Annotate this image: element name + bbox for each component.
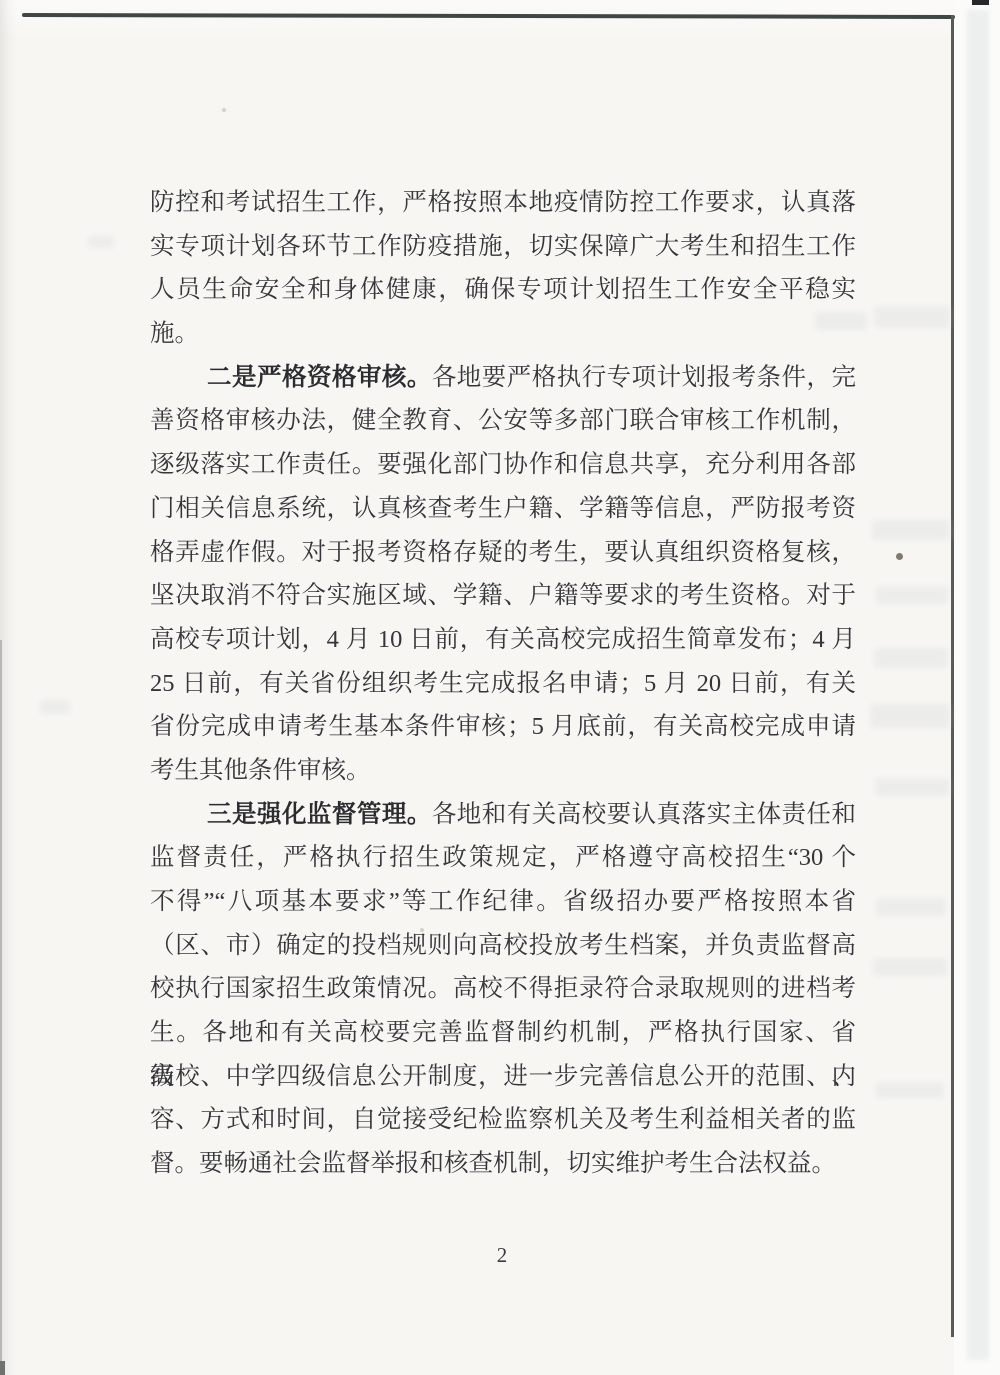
text-run: 坚决取消不符合实施区域、学籍、户籍等要求的考生资格。对于 — [150, 582, 856, 609]
text-run: 施。 — [150, 320, 199, 347]
bleed-through-mark — [872, 520, 950, 540]
bleed-through-mark — [873, 958, 947, 976]
bleed-through-mark — [875, 778, 949, 796]
text-run: 人员生命安全和身体健康，确保专项计划招生工作安全平稳实 — [150, 276, 856, 303]
text-line: 容、方式和时间，自觉接受纪检监察机关及考生利益相关者的监 — [150, 1098, 856, 1142]
text-run: 高校专项计划，4 月 10 日前，有关高校完成招生简章发布；4 月 — [150, 626, 856, 653]
text-run: 省份完成申请考生基本条件审核；5 月底前，有关高校完成申请 — [150, 713, 856, 740]
text-run: 各地和有关高校要认真落实主体责任和 — [432, 801, 856, 828]
text-line: 25 日前，有关省份组织考生完成报名申请；5 月 20 日前，有关 — [150, 662, 856, 706]
text-run: 善资格审核办法，健全教育、公安等多部门联合审核工作机制， — [150, 407, 856, 434]
text-run: 25 日前，有关省份组织考生完成报名申请；5 月 20 日前，有关 — [150, 670, 856, 697]
text-line: 格弄虚作假。对于报考资格存疑的考生，要认真组织资格复核， — [150, 531, 856, 575]
text-run: 高校、中学四级信息公开制度，进一步完善信息公开的范围、内 — [150, 1063, 856, 1090]
text-line: 防控和考试招生工作，严格按照本地疫情防控工作要求，认真落 — [150, 181, 856, 225]
text-line: 坚决取消不符合实施区域、学籍、户籍等要求的考生资格。对于 — [150, 574, 856, 618]
text-run: 校执行国家招生政策情况。高校不得拒录符合录取规则的进档考 — [150, 975, 856, 1002]
bleed-through-mark — [874, 306, 950, 328]
text-run: 容、方式和时间，自觉接受纪检监察机关及考生利益相关者的监 — [150, 1106, 856, 1133]
text-line: 高校专项计划，4 月 10 日前，有关高校完成招生简章发布；4 月 — [150, 618, 856, 662]
bleed-through-mark — [870, 704, 950, 728]
scan-speck — [222, 108, 226, 112]
text-run: 逐级落实工作责任。要强化部门协作和信息共享，充分利用各部 — [150, 451, 856, 478]
text-line: 督。要畅通社会监督举报和核查机制，切实维护考生合法权益。 — [150, 1142, 856, 1186]
text-run: 格弄虚作假。对于报考资格存疑的考生，要认真组织资格复核， — [150, 539, 856, 566]
text-line: （区、市）确定的投档规则向高校投放考生档案，并负责监督高 — [150, 924, 856, 968]
text-line: 不得”“八项基本要求”等工作纪律。省级招办要严格按照本省 — [150, 880, 856, 924]
page-top-border — [22, 13, 955, 19]
text-run: （区、市）确定的投档规则向高校投放考生档案，并负责监督高 — [150, 932, 856, 959]
text-line: 善资格审核办法，健全教育、公安等多部门联合审核工作机制， — [150, 399, 856, 443]
bleed-through-mark — [88, 236, 114, 248]
text-run: 实专项计划各环节工作防疫措施，切实保障广大考生和招生工作 — [150, 233, 856, 260]
scan-artifact-top-right — [972, 0, 989, 5]
paragraph-lead: 三是强化监督管理。 — [207, 801, 432, 828]
bleed-through-mark — [876, 1082, 944, 1098]
bleed-through-mark — [40, 700, 70, 714]
text-run: 督。要畅通社会监督举报和核查机制，切实维护考生合法权益。 — [150, 1150, 836, 1177]
text-line: 考生其他条件审核。 — [150, 749, 856, 793]
text-run: 不得”“八项基本要求”等工作纪律。省级招办要严格按照本省 — [150, 888, 856, 915]
text-line: 高校、中学四级信息公开制度，进一步完善信息公开的范围、内 — [150, 1055, 856, 1099]
text-line: 生。各地和有关高校要完善监督制约机制，严格执行国家、省级、 — [150, 1011, 856, 1055]
text-run: 各地要严格执行专项计划报考条件，完 — [432, 364, 856, 391]
text-run: 考生其他条件审核。 — [150, 757, 371, 784]
text-line: 施。 — [150, 312, 856, 356]
text-line: 三是强化监督管理。各地和有关高校要认真落实主体责任和 — [150, 793, 856, 837]
scan-shadow-band — [967, 10, 989, 1360]
text-line: 校执行国家招生政策情况。高校不得拒录符合录取规则的进档考 — [150, 967, 856, 1011]
text-line: 二是严格资格审核。各地要严格执行专项计划报考条件，完 — [150, 356, 856, 400]
scan-edge-left — [0, 640, 2, 1375]
bleed-through-mark — [876, 898, 946, 916]
text-line: 监督责任，严格执行招生政策规定，严格遵守高校招生“30 个 — [150, 836, 856, 880]
document-body: 防控和考试招生工作，严格按照本地疫情防控工作要求，认真落实专项计划各环节工作防疫… — [150, 181, 856, 1186]
text-line: 实专项计划各环节工作防疫措施，切实保障广大考生和招生工作 — [150, 225, 856, 269]
bleed-through-mark — [876, 586, 948, 604]
text-run: 监督责任，严格执行招生政策规定，严格遵守高校招生“30 个 — [150, 844, 856, 871]
text-run: 防控和考试招生工作，严格按照本地疫情防控工作要求，认真落 — [150, 189, 856, 216]
scan-speck — [896, 553, 903, 560]
paragraph-lead: 二是严格资格审核。 — [207, 364, 432, 391]
text-run: 门相关信息系统，认真核查考生户籍、学籍等信息，严防报考资 — [150, 495, 856, 522]
text-line: 逐级落实工作责任。要强化部门协作和信息共享，充分利用各部 — [150, 443, 856, 487]
scan-artifact-bottom-left — [0, 1361, 5, 1375]
text-line: 门相关信息系统，认真核查考生户籍、学籍等信息，严防报考资 — [150, 487, 856, 531]
page-number: 2 — [148, 1243, 856, 1268]
text-line: 人员生命安全和身体健康，确保专项计划招生工作安全平稳实 — [150, 268, 856, 312]
scanned-document-page: 防控和考试招生工作，严格按照本地疫情防控工作要求，认真落实专项计划各环节工作防疫… — [0, 0, 1000, 1375]
page-right-border — [951, 15, 954, 1337]
text-line: 省份完成申请考生基本条件审核；5 月底前，有关高校完成申请 — [150, 705, 856, 749]
bleed-through-mark — [874, 648, 948, 668]
